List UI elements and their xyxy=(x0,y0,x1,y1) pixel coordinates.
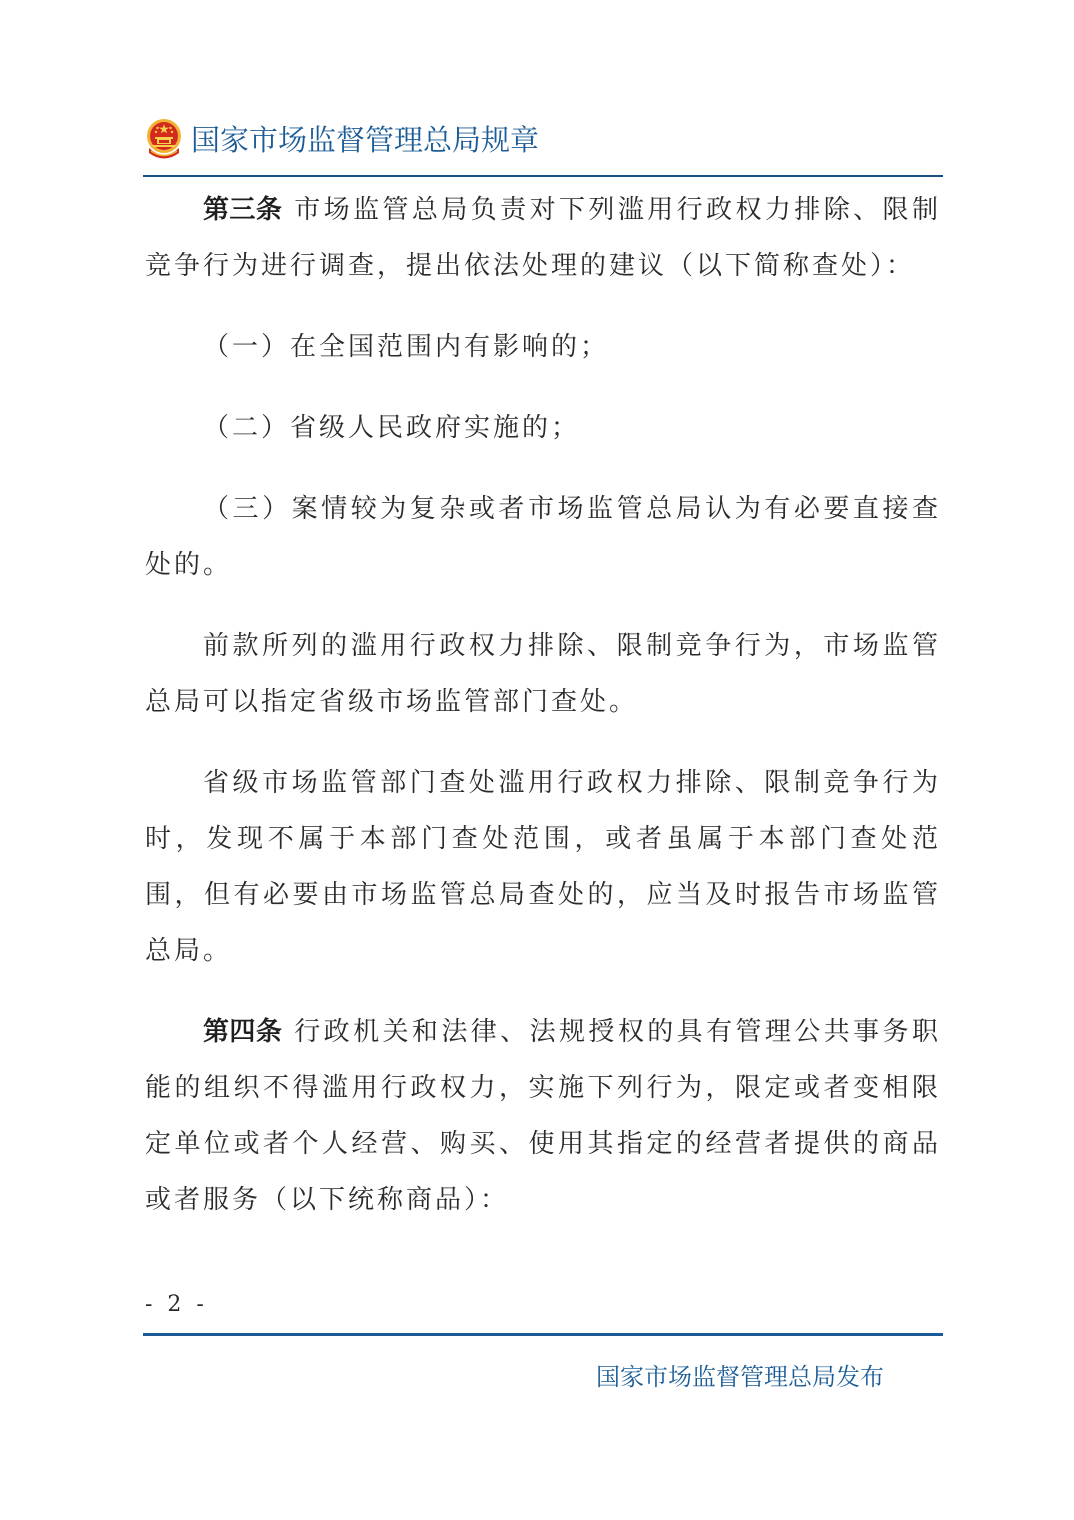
paragraph-text: 省级市场监管部门查处滥用行政权力排除、限制竞争行为时，发现不属于本部门查处范围，… xyxy=(145,768,941,966)
national-emblem-icon xyxy=(145,118,183,162)
article-3-paragraph: 第三条市场监管总局负责对下列滥用行政权力排除、限制竞争行为进行调查，提出依法处理… xyxy=(145,182,941,294)
page-number: - 2 - xyxy=(145,1292,208,1317)
reporting-paragraph: 省级市场监管部门查处滥用行政权力排除、限制竞争行为时，发现不属于本部门查处范围，… xyxy=(145,755,941,979)
paragraph-text: （二）省级人民政府实施的； xyxy=(203,413,580,443)
paragraph-text: （一）在全国范围内有影响的； xyxy=(203,332,609,362)
designation-paragraph: 前款所列的滥用行政权力排除、限制竞争行为，市场监管总局可以指定省级市场监管部门查… xyxy=(145,618,941,730)
article-label: 第四条 xyxy=(203,1017,282,1047)
list-item-1: （一）在全国范围内有影响的； xyxy=(145,319,941,375)
header-title: 国家市场监督管理总局规章 xyxy=(191,118,539,162)
footer-publisher: 国家市场监督管理总局发布 xyxy=(596,1360,884,1394)
list-item-3: （三）案情较为复杂或者市场监管总局认为有必要直接查处的。 xyxy=(145,481,941,593)
article-label: 第三条 xyxy=(203,195,282,225)
article-4-paragraph: 第四条行政机关和法律、法规授权的具有管理公共事务职能的组织不得滥用行政权力，实施… xyxy=(145,1004,941,1228)
list-item-2: （二）省级人民政府实施的； xyxy=(145,400,941,456)
document-body: 第三条市场监管总局负责对下列滥用行政权力排除、限制竞争行为进行调查，提出依法处理… xyxy=(145,182,941,1228)
paragraph-text: （三）案情较为复杂或者市场监管总局认为有必要直接查处的。 xyxy=(145,494,941,580)
header-divider xyxy=(143,175,943,177)
footer-divider xyxy=(143,1333,943,1336)
paragraph-text: 前款所列的滥用行政权力排除、限制竞争行为，市场监管总局可以指定省级市场监管部门查… xyxy=(145,631,941,717)
document-header: 国家市场监督管理总局规章 xyxy=(145,116,539,164)
